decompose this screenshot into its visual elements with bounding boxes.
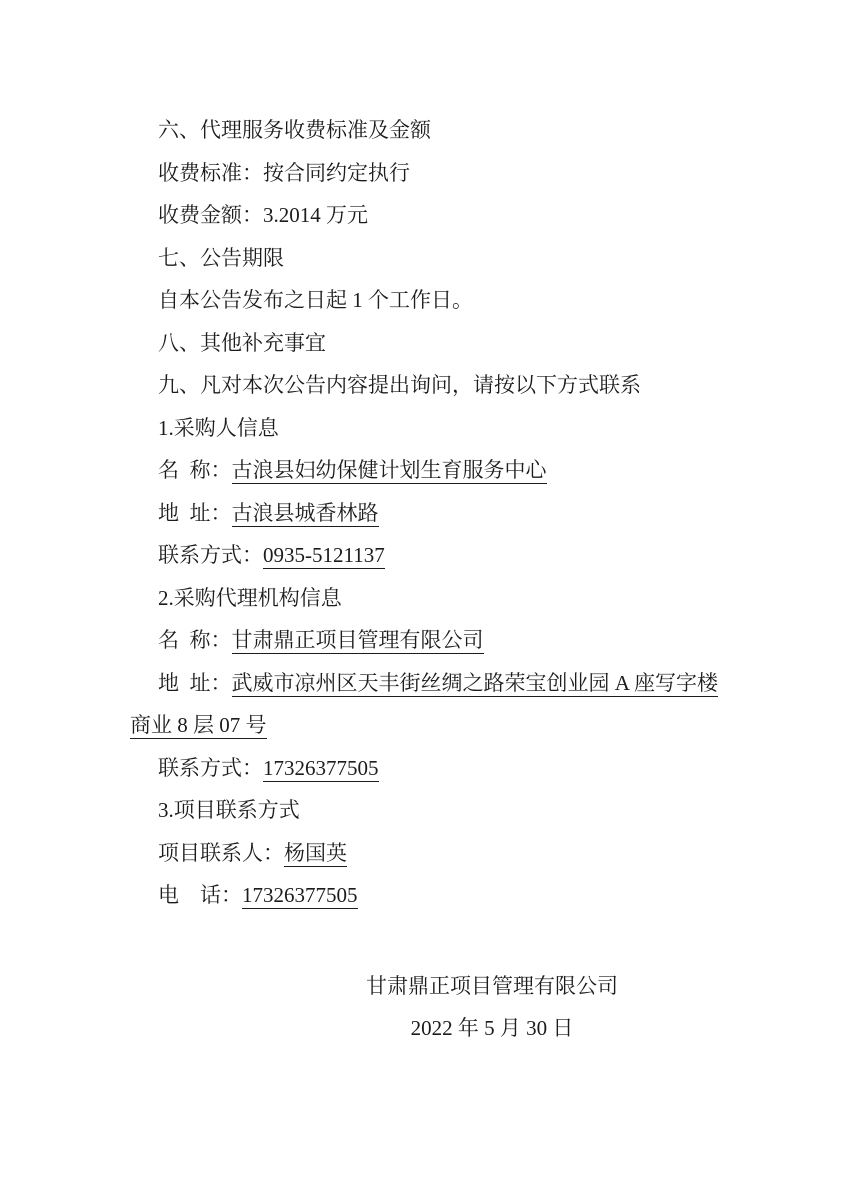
purchaser-name-line: 名 称：古浪县妇幼保健计划生育服务中心 [130, 449, 726, 492]
project-contact-heading: 3.项目联系方式 [130, 789, 726, 832]
project-phone-label: 电 话： [158, 883, 242, 907]
agency-address-line-2: 商业 8 层 07 号 [130, 704, 726, 747]
project-contact-person-value: 杨国英 [284, 841, 347, 867]
project-phone-line: 电 话：17326377505 [130, 874, 726, 917]
fee-section-heading: 六、代理服务收费标准及金额 [130, 109, 726, 152]
project-phone-value: 17326377505 [242, 883, 358, 909]
signature-date: 2022 年 5 月 30 日 [130, 1007, 726, 1050]
fee-amount-line: 收费金额：3.2014 万元 [130, 194, 726, 237]
agency-name-line: 名 称：甘肃鼎正项目管理有限公司 [130, 619, 726, 662]
project-contact-person-line: 项目联系人：杨国英 [130, 832, 726, 875]
agency-contact-value: 17326377505 [263, 756, 379, 782]
notice-period-heading: 七、公告期限 [130, 237, 726, 280]
agency-address-label: 地 址： [158, 671, 232, 695]
agency-info-heading: 2.采购代理机构信息 [130, 577, 726, 620]
agency-name-value: 甘肃鼎正项目管理有限公司 [232, 628, 484, 654]
document-page: 六、代理服务收费标准及金额 收费标准：按合同约定执行 收费金额：3.2014 万… [0, 0, 848, 1200]
purchaser-contact-value: 0935-5121137 [263, 543, 385, 569]
agency-contact-label: 联系方式： [158, 756, 263, 780]
agency-address-value: 武威市凉州区天丰街丝绸之路荣宝创业园 A 座写字楼 [232, 671, 719, 697]
purchaser-name-label: 名 称： [158, 458, 232, 482]
purchaser-address-label: 地 址： [158, 501, 232, 525]
purchaser-address-line: 地 址：古浪县城香林路 [130, 492, 726, 535]
project-contact-person-label: 项目联系人： [158, 841, 284, 865]
agency-name-label: 名 称： [158, 628, 232, 652]
agency-address-line: 地 址：武威市凉州区天丰街丝绸之路荣宝创业园 A 座写字楼 [130, 662, 726, 705]
signature-company: 甘肃鼎正项目管理有限公司 [130, 965, 726, 1008]
purchaser-contact-line: 联系方式：0935-5121137 [130, 534, 726, 577]
agency-address-value-2: 商业 8 层 07 号 [130, 713, 267, 739]
purchaser-address-value: 古浪县城香林路 [232, 501, 379, 527]
notice-period-line: 自本公告发布之日起 1 个工作日。 [130, 279, 726, 322]
other-matters-heading: 八、其他补充事宜 [130, 322, 726, 365]
purchaser-name-value: 古浪县妇幼保健计划生育服务中心 [232, 458, 547, 484]
document-body: 六、代理服务收费标准及金额 收费标准：按合同约定执行 收费金额：3.2014 万… [130, 109, 726, 1050]
agency-contact-line: 联系方式：17326377505 [130, 747, 726, 790]
inquiry-heading: 九、凡对本次公告内容提出询问，请按以下方式联系 [130, 364, 726, 407]
spacer [130, 917, 726, 965]
fee-standard-line: 收费标准：按合同约定执行 [130, 152, 726, 195]
purchaser-info-heading: 1.采购人信息 [130, 407, 726, 450]
purchaser-contact-label: 联系方式： [158, 543, 263, 567]
